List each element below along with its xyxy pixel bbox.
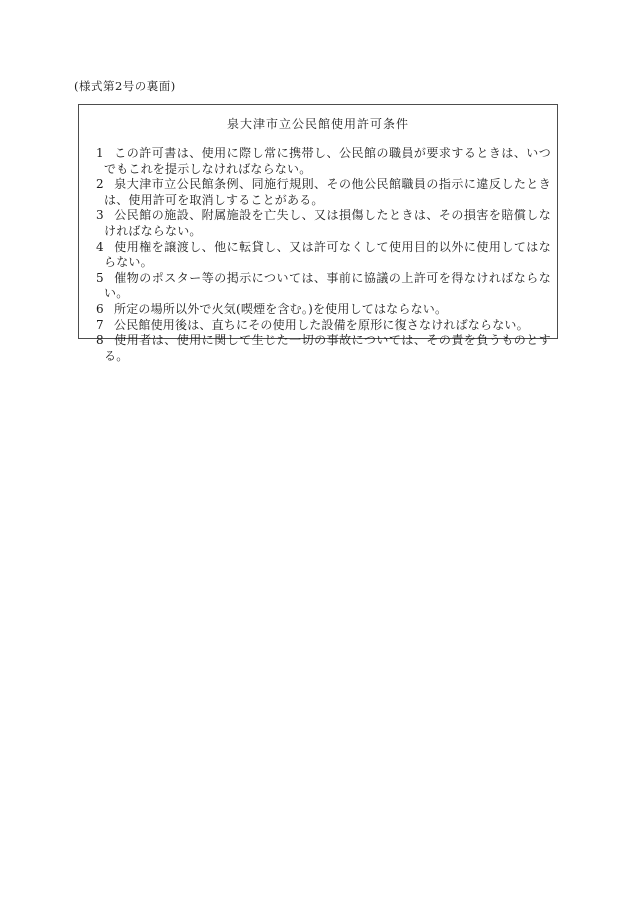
item-text: 所定の場所以外で火気(喫煙を含む。)を使用してはならない。 [114,302,447,316]
condition-item-1: 1この許可書は、使用に際し常に携帯し、公民館の職員が要求するときは、いつでもこれ… [79,146,557,177]
item-number: 7 [96,318,114,334]
item-number: 8 [96,333,114,349]
condition-item-3: 3公民館の施設、附属施設を亡失し、又は損傷したときは、その損害を賠償しなければな… [79,208,557,239]
item-text: 使用者は、使用に関して生じた一切の事故については、その責を負うものとする。 [104,333,551,363]
item-text: 公民館使用後は、直ちにその使用した設備を原形に復さなければならない。 [114,318,529,332]
item-text: 催物のポスター等の掲示については、事前に協議の上許可を得なければならない。 [104,271,551,301]
item-number: 4 [96,240,114,256]
item-text: 泉大津市立公民館条例、同施行規則、その他公民館職員の指示に違反したときは、使用許… [104,177,551,207]
item-number: 5 [96,271,114,287]
condition-item-2: 2泉大津市立公民館条例、同施行規則、その他公民館職員の指示に違反したときは、使用… [79,177,557,208]
document-title: 泉大津市立公民館使用許可条件 [79,116,557,132]
condition-item-6: 6所定の場所以外で火気(喫煙を含む。)を使用してはならない。 [79,302,557,318]
condition-item-5: 5催物のポスター等の掲示については、事前に協議の上許可を得なければならない。 [79,271,557,302]
item-number: 2 [96,177,114,193]
document-page: (様式第2号の裏面) 泉大津市立公民館使用許可条件 1この許可書は、使用に際し常… [0,0,630,903]
item-number: 3 [96,208,114,224]
item-number: 1 [96,146,114,162]
item-text: 公民館の施設、附属施設を亡失し、又は損傷したときは、その損害を賠償しなければなら… [104,208,551,238]
conditions-box: 泉大津市立公民館使用許可条件 1この許可書は、使用に際し常に携帯し、公民館の職員… [78,104,558,339]
item-text: この許可書は、使用に際し常に携帯し、公民館の職員が要求するときは、いつでもこれを… [104,146,551,176]
condition-item-8: 8使用者は、使用に関して生じた一切の事故については、その責を負うものとする。 [79,333,557,364]
form-side-label: (様式第2号の裏面) [74,79,176,93]
condition-item-4: 4使用権を譲渡し、他に転貸し、又は許可なくして使用目的以外に使用してはならない。 [79,240,557,271]
item-text: 使用権を譲渡し、他に転貸し、又は許可なくして使用目的以外に使用してはならない。 [104,240,551,270]
item-number: 6 [96,302,114,318]
condition-item-7: 7公民館使用後は、直ちにその使用した設備を原形に復さなければならない。 [79,318,557,334]
conditions-list: 1この許可書は、使用に際し常に携帯し、公民館の職員が要求するときは、いつでもこれ… [79,146,557,364]
